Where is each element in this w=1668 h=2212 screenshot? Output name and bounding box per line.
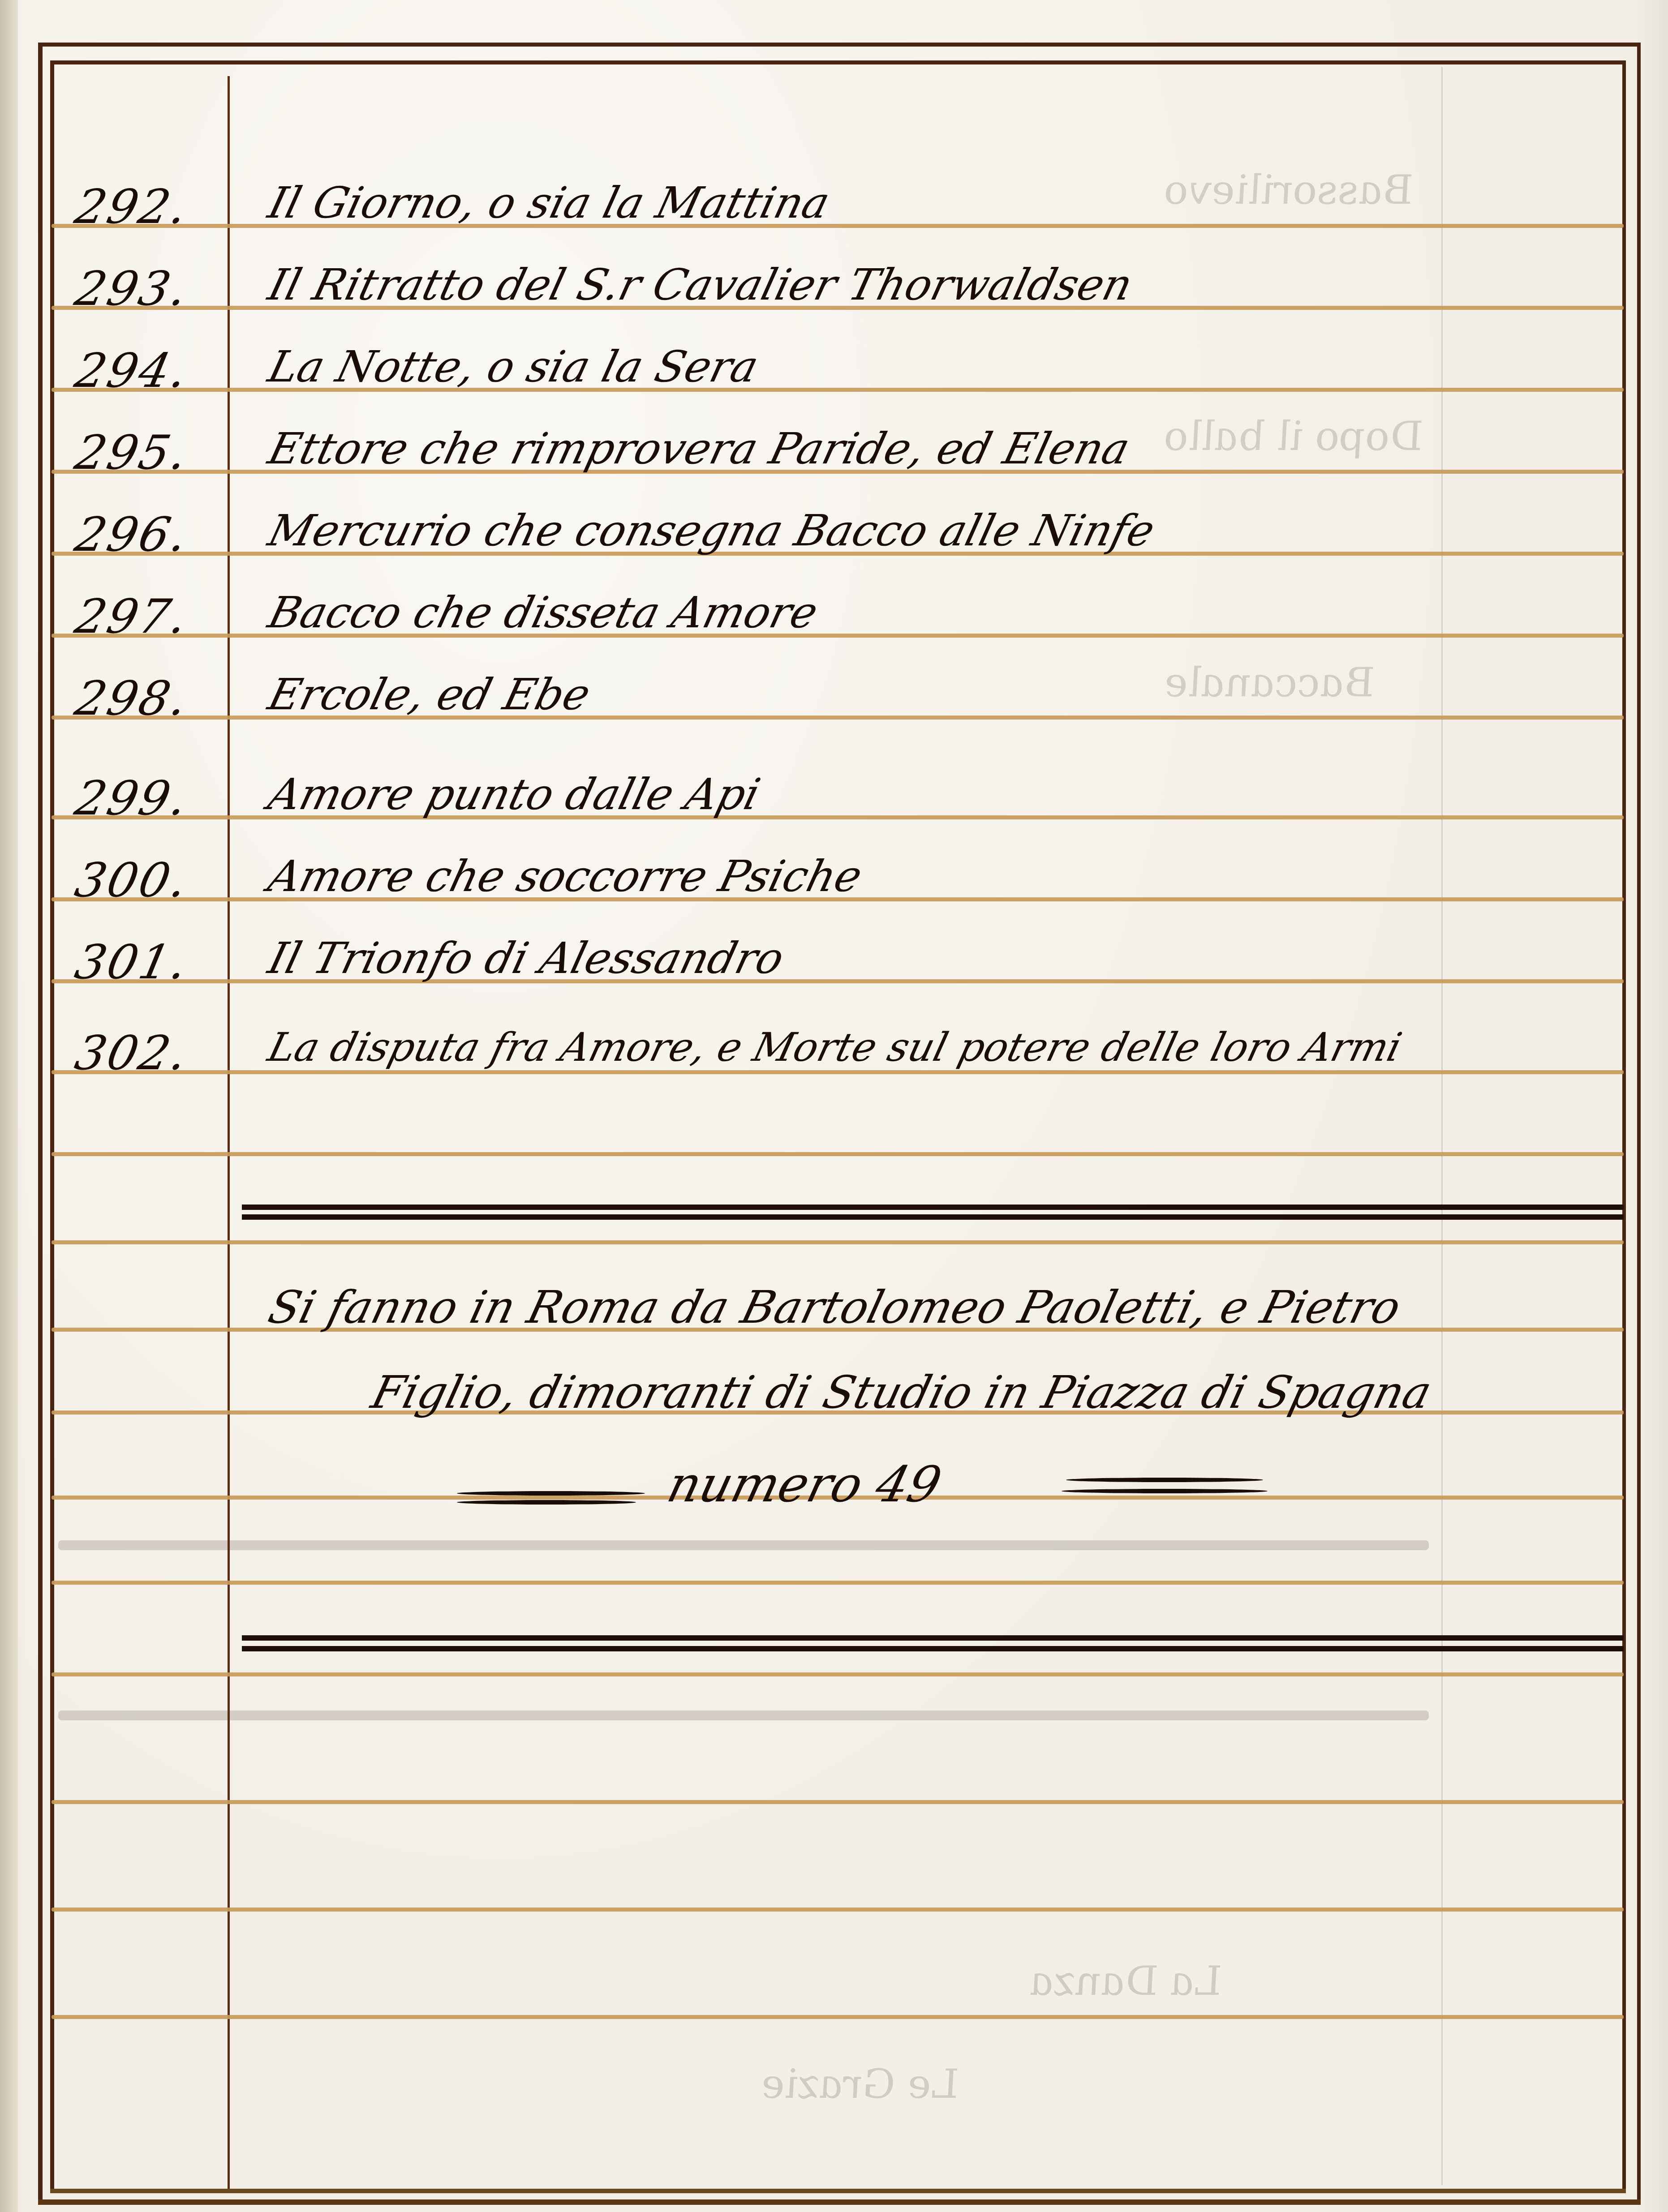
ruled-line xyxy=(52,2015,1624,2019)
page-edge xyxy=(0,0,18,2212)
entry-number: 301. xyxy=(71,939,224,986)
footer-address-line-2: Figlio, dimoranti di Studio in Piazza di… xyxy=(367,1370,1436,1415)
frame-top-outer xyxy=(39,43,1639,47)
entry-title: Il Giorno, o sia la Mattina xyxy=(264,181,1619,224)
entry-number: 295. xyxy=(71,429,224,476)
entry-title: Mercurio che consegna Bacco alle Ninfe xyxy=(264,509,1619,552)
frame-left-inner xyxy=(50,60,54,2190)
section-separator-bottom xyxy=(242,1635,1624,1641)
entry-title: Amore che soccorre Psiche xyxy=(264,855,1619,898)
ruled-line xyxy=(52,1908,1624,1912)
footer-number: numero 49 xyxy=(663,1460,946,1509)
flourish-right xyxy=(1066,1478,1263,1482)
entry-title: Ercole, ed Ebe xyxy=(264,673,1619,716)
ruled-line xyxy=(52,1800,1624,1804)
entry-title: Il Ritratto del S.r Cavalier Thorwaldsen xyxy=(264,263,1619,306)
entry-title: Amore punto dalle Api xyxy=(264,773,1619,816)
section-separator-top xyxy=(242,1214,1624,1220)
entry-number: 298. xyxy=(71,675,224,722)
frame-top-inner xyxy=(52,60,1625,64)
section-separator-top xyxy=(242,1205,1624,1210)
entry-title: Il Trionfo di Alessandro xyxy=(264,937,1619,980)
entry-number: 300. xyxy=(71,857,224,904)
entry-number: 292. xyxy=(71,184,224,231)
bleed-through-text: Le Grazie xyxy=(757,2064,963,2105)
manuscript-page: Bassorilievo Dopo il ballo Baccanale La … xyxy=(0,0,1668,2212)
entry-number: 299. xyxy=(71,775,224,822)
frame-right-inner xyxy=(1622,60,1626,2192)
entry-number: 297. xyxy=(71,593,224,640)
entry-title: La Notte, o sia la Sera xyxy=(264,345,1619,388)
entry-number: 296. xyxy=(71,511,224,558)
entry-title: Bacco che disseta Amore xyxy=(264,591,1619,634)
flourish-left xyxy=(457,1500,636,1505)
ruled-line xyxy=(52,1240,1624,1244)
frame-bottom-inner xyxy=(50,2189,1626,2193)
ruled-line xyxy=(52,1581,1624,1585)
frame-left-outer xyxy=(38,43,43,2203)
faint-bleed-rule xyxy=(58,1710,1429,1720)
frame-right-outer xyxy=(1637,43,1641,2203)
entry-title: La disputa fra Amore, e Morte sul potere… xyxy=(264,1028,1618,1067)
entry-number: 293. xyxy=(71,266,224,313)
frame-bottom-outer xyxy=(38,2199,1641,2205)
flourish-left xyxy=(457,1491,645,1496)
ruled-line xyxy=(52,1152,1624,1156)
ruled-line xyxy=(52,1672,1624,1676)
flourish-right xyxy=(1062,1489,1268,1493)
entry-number: 294. xyxy=(71,347,224,394)
entry-title: Ettore che rimprovera Paride, ed Elena xyxy=(264,427,1619,470)
entry-number: 302. xyxy=(71,1030,224,1077)
section-separator-bottom xyxy=(242,1646,1624,1651)
column-divider xyxy=(228,76,230,2189)
footer-address-line-1: Si fanno in Roma da Bartolomeo Paoletti,… xyxy=(264,1285,1405,1330)
bleed-through-text: La Danza xyxy=(1025,1961,1226,2002)
faint-bleed-rule xyxy=(58,1540,1429,1550)
ruled-line xyxy=(52,1070,1624,1074)
